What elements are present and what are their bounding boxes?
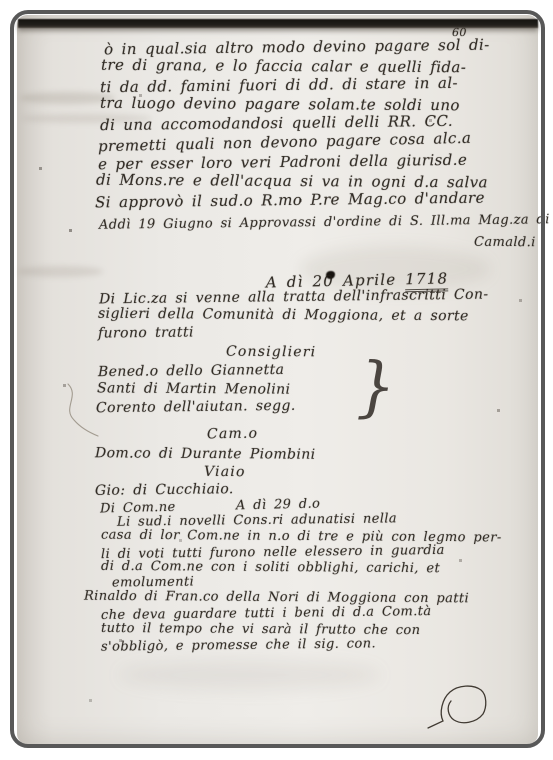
scan-frame-border [10, 10, 545, 748]
manuscript-scan: 60 ò in qual.sia altro modo devino pagar… [0, 0, 553, 760]
